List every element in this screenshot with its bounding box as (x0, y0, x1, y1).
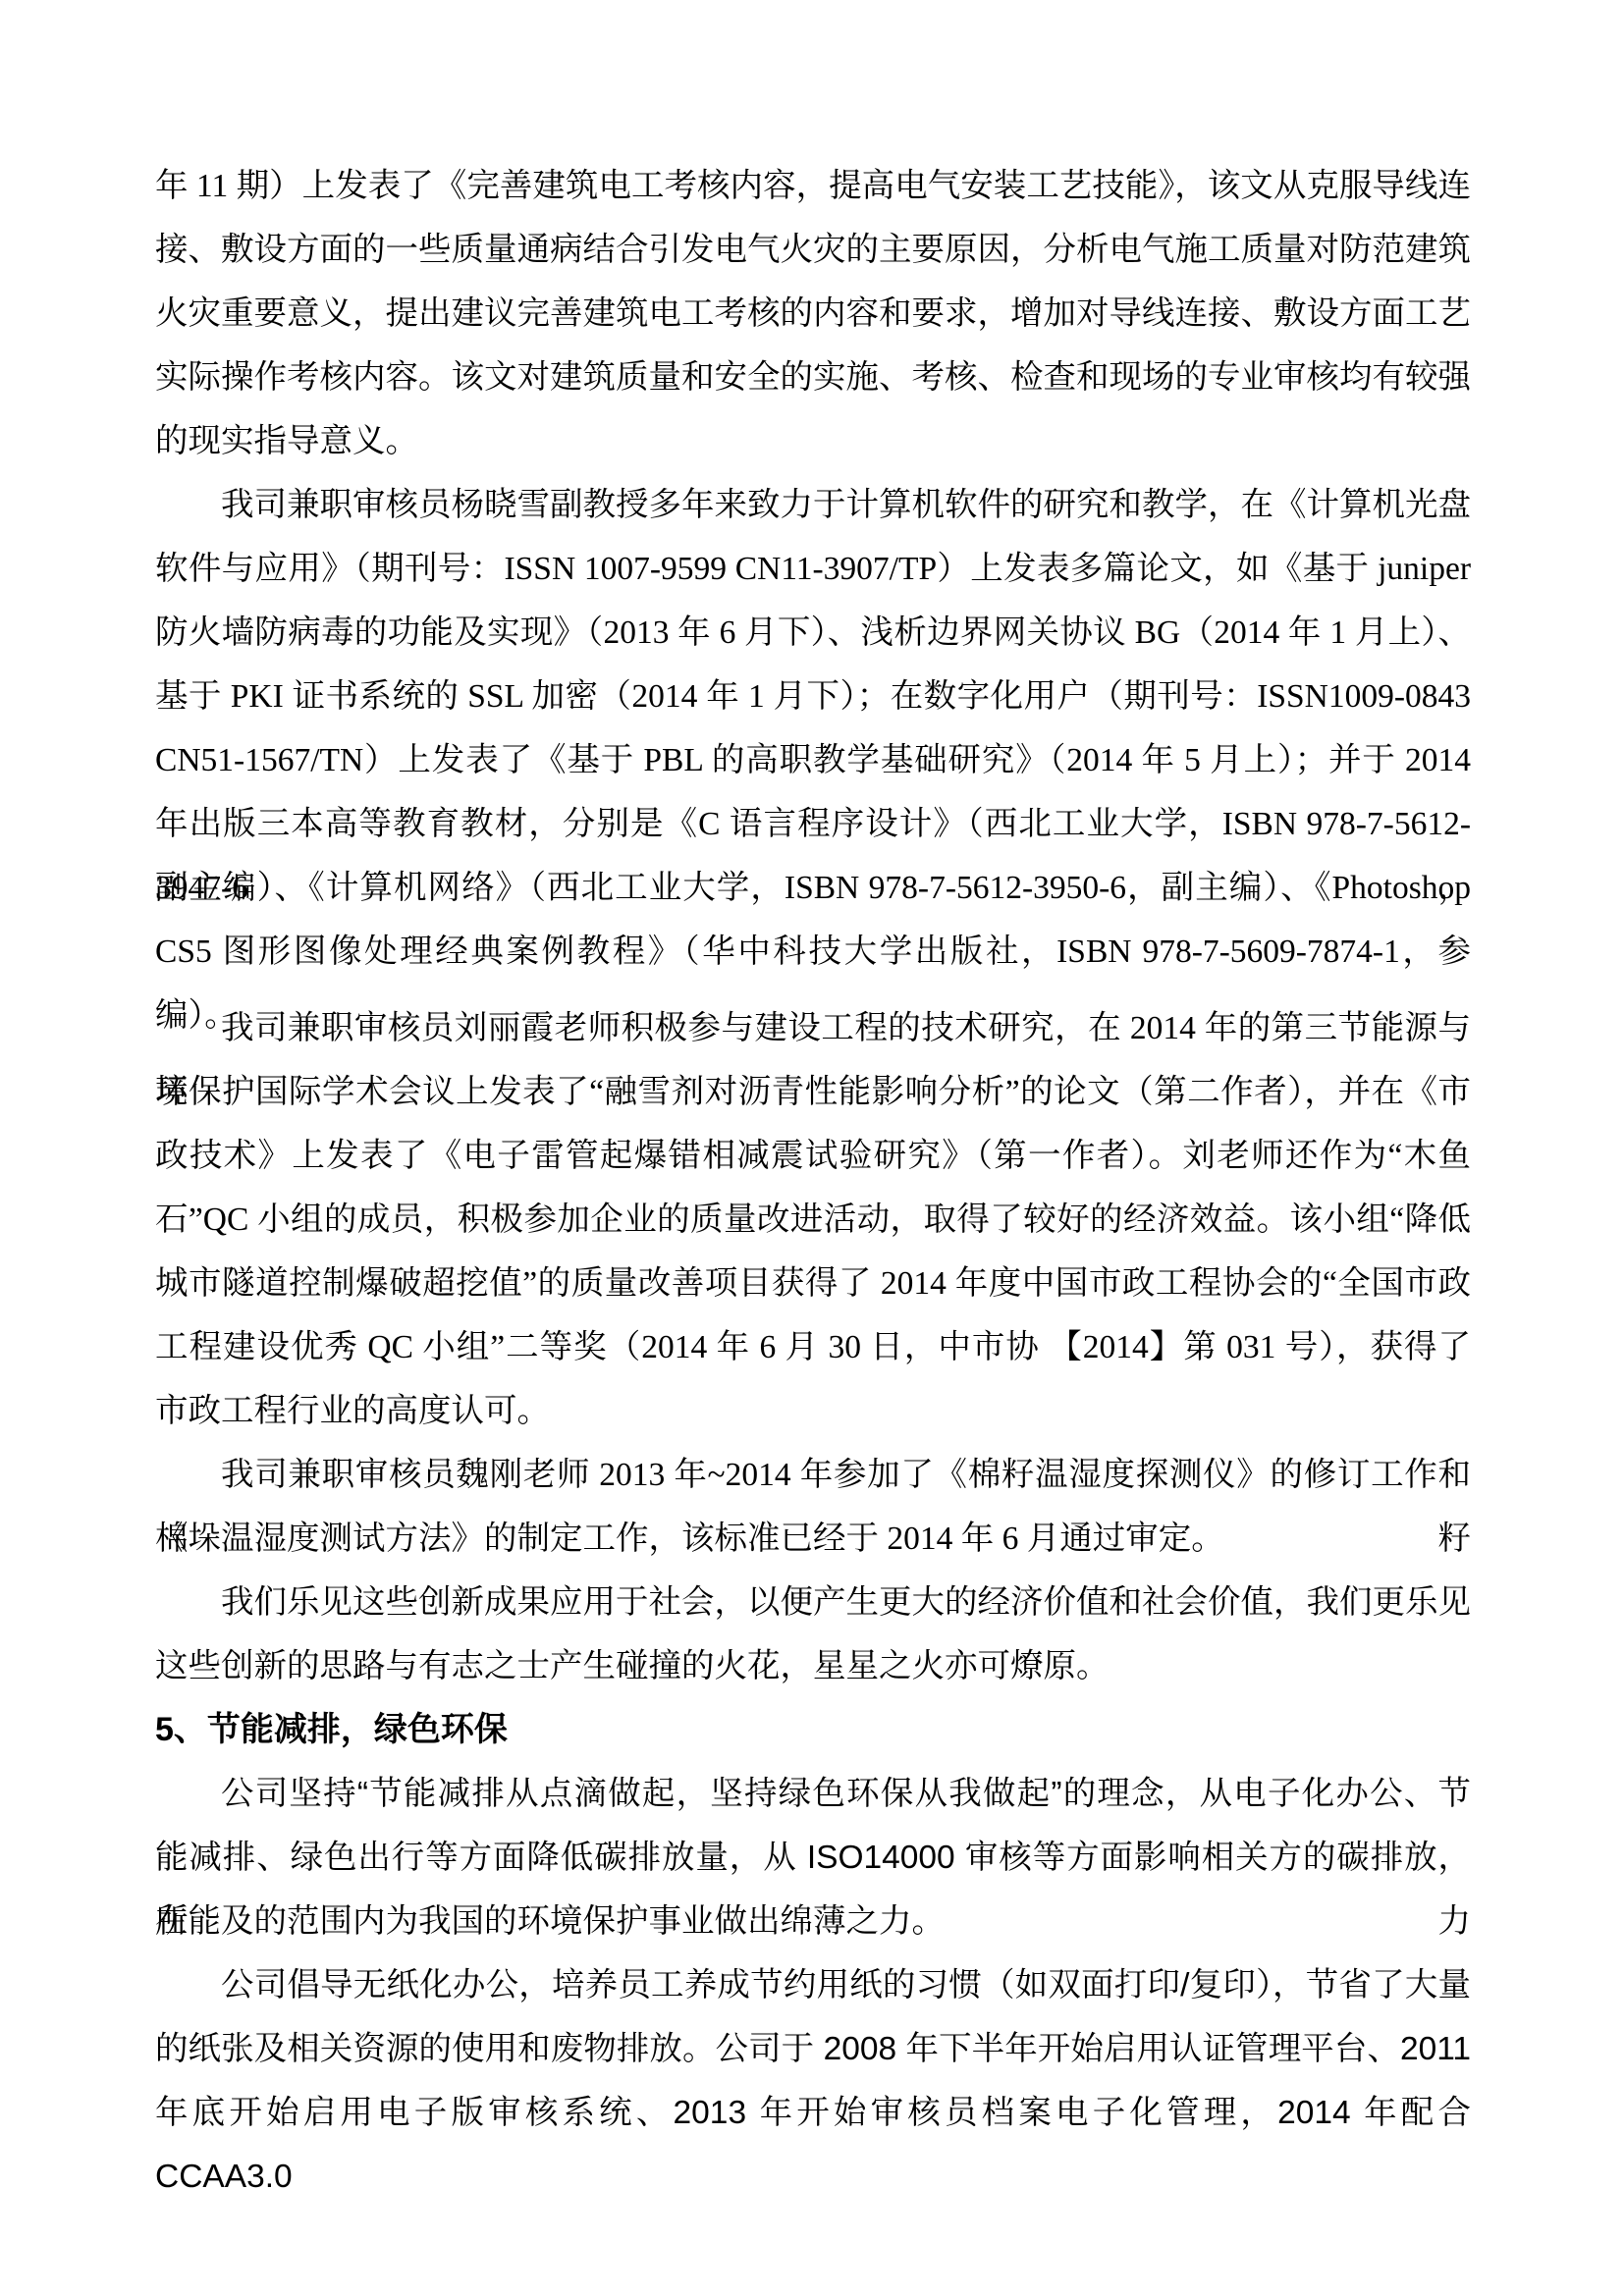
document-page: 年 11 期）上发表了《完善建筑电工考核内容，提高电气安装工艺技能》，该文从克服… (0, 0, 1624, 2296)
text-line: 能减排、绿色出行等方面降低碳排放量，从 ISO14000 审核等方面影响相关方的… (155, 1826, 1471, 1890)
text-line: 我司兼职审核员魏刚老师 2013 年~2014 年参加了《棉籽温湿度探测仪》的修… (155, 1443, 1471, 1507)
text-line: 城市隧道控制爆破超挖值”的质量改善项目获得了 2014 年度中国市政工程协会的“… (155, 1252, 1471, 1315)
text-line: 公司倡导无纸化办公，培养员工养成节约用纸的习惯（如双面打印/复印），节省了大量 (155, 1953, 1471, 2017)
text-line: 境保护国际学术会议上发表了“融雪剂对沥青性能影响分析”的论文（第二作者），并在《… (155, 1060, 1471, 1124)
paragraph-yang-xiaoxue: 我司兼职审核员杨晓雪副教授多年来致力于计算机软件的研究和教学，在《计算机光盘软件… (155, 473, 1471, 984)
text-line: 基于 PKI 证书系统的 SSL 加密（2014 年 1 月下）；在数字化用户（… (155, 665, 1471, 728)
text-line: 市政工程行业的高度认可。 (155, 1379, 1471, 1443)
text-line: 工程建设优秀 QC 小组”二等奖（2014 年 6 月 30 日，中市协 【20… (155, 1315, 1471, 1379)
paragraph-green-philosophy: 公司坚持“节能减排从点滴做起，坚持绿色环保从我做起”的理念，从电子化办公、节能减… (155, 1762, 1471, 1953)
text-line: 副主编）、《计算机网络》（西北工业大学，ISBN 978-7-5612-3950… (155, 856, 1471, 920)
paragraph-wei-gang: 我司兼职审核员魏刚老师 2013 年~2014 年参加了《棉籽温湿度探测仪》的修… (155, 1443, 1471, 1571)
document-body: 年 11 期）上发表了《完善建筑电工考核内容，提高电气安装工艺技能》，该文从克服… (155, 154, 1471, 2145)
text-line: 我司兼职审核员刘丽霞老师积极参与建设工程的技术研究，在 2014 年的第三节能源… (155, 996, 1471, 1060)
text-line: 的现实指导意义。 (155, 409, 1471, 473)
text-line: 年底开始启用电子版审核系统、2013 年开始审核员档案电子化管理，2014 年配… (155, 2081, 1471, 2145)
text-line: CN51-1567/TN）上发表了《基于 PBL 的高职教学基础研究》（2014… (155, 728, 1471, 792)
text-line: 年 11 期）上发表了《完善建筑电工考核内容，提高电气安装工艺技能》，该文从克服… (155, 154, 1471, 218)
section-5-heading: 5、节能减排，绿色环保 (155, 1698, 1471, 1762)
text-line: 的纸张及相关资源的使用和废物排放。公司于 2008 年下半年开始启用认证管理平台… (155, 2017, 1471, 2081)
text-line: 软件与应用》（期刊号：ISSN 1007-9599 CN11-3907/TP）上… (155, 537, 1471, 601)
text-line: 接、敷设方面的一些质量通病结合引发电气火灾的主要原因，分析电气施工质量对防范建筑 (155, 218, 1471, 282)
text-line: 公司坚持“节能减排从点滴做起，坚持绿色环保从我做起”的理念，从电子化办公、节 (155, 1762, 1471, 1826)
paragraph-electrician-article: 年 11 期）上发表了《完善建筑电工考核内容，提高电气安装工艺技能》，该文从克服… (155, 154, 1471, 473)
text-line: 我们乐见这些创新成果应用于社会，以便产生更大的经济价值和社会价值，我们更乐见 (155, 1571, 1471, 1634)
paragraph-liu-lixia: 我司兼职审核员刘丽霞老师积极参与建设工程的技术研究，在 2014 年的第三节能源… (155, 996, 1471, 1443)
text-line: 年出版三本高等教育教材，分别是《C 语言程序设计》（西北工业大学，ISBN 97… (155, 792, 1471, 856)
text-line: 我司兼职审核员杨晓雪副教授多年来致力于计算机软件的研究和教学，在《计算机光盘 (155, 473, 1471, 537)
paragraph-innovation-outlook: 我们乐见这些创新成果应用于社会，以便产生更大的经济价值和社会价值，我们更乐见这些… (155, 1571, 1471, 1698)
text-line: 这些创新的思路与有志之士产生碰撞的火花，星星之火亦可燎原。 (155, 1634, 1471, 1698)
text-line: 实际操作考核内容。该文对建筑质量和安全的实施、考核、检查和现场的专业审核均有较强 (155, 346, 1471, 409)
text-line: 政技术》上发表了《电子雷管起爆错相减震试验研究》（第一作者）。刘老师还作为“木鱼 (155, 1124, 1471, 1188)
text-line: 石”QC 小组的成员，积极参加企业的质量改进活动，取得了较好的经济效益。该小组“… (155, 1188, 1471, 1252)
text-line: 火灾重要意义，提出建议完善建筑电工考核的内容和要求，增加对导线连接、敷设方面工艺 (155, 282, 1471, 346)
paragraph-paperless-office: 公司倡导无纸化办公，培养员工养成节约用纸的习惯（如双面打印/复印），节省了大量的… (155, 1953, 1471, 2145)
text-line: CS5 图形图像处理经典案例教程》（华中科技大学出版社，ISBN 978-7-5… (155, 920, 1471, 984)
text-line: 防火墙防病毒的功能及实现》（2013 年 6 月下）、浅析边界网关协议 BG（2… (155, 601, 1471, 665)
